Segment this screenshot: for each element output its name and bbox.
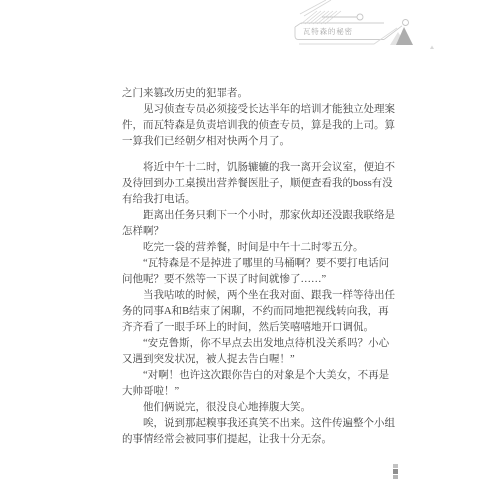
text-line: 将近中午十二时，饥肠辘辘的我一离开会议室，便迫不 <box>122 160 390 176</box>
text-line: 唉，说到那起糗事我还真笑不出来。这件传遍整个小组 <box>122 416 390 432</box>
text-line: 又遇到突发状况，被人捉去告白喔！” <box>122 352 390 368</box>
page-body-text: 之门来篡改历史的犯罪者。见习侦查专员必须接受长达半年的培训才能独立处理案件，而瓦… <box>122 86 390 448</box>
text-line: 怎样啊？ <box>122 224 390 240</box>
text-line: 距离出任务只剩下一个小时，那家伙却还没跟我联络是 <box>122 208 390 224</box>
text-line: 务的同事A和B结束了闲聊，不约而同地把视线转向我，再 <box>122 304 390 320</box>
text-line: 有给我打电话。 <box>122 192 390 208</box>
text-line: 一算我们已经朝夕相对快两个月了。 <box>122 134 390 150</box>
text-line: “瓦特森是不是掉进了哪里的马桶啊？要不要打电话问 <box>122 256 390 272</box>
paragraph-spacer <box>122 150 390 160</box>
book-page: 瓦特森的秘密 之门来篡改历史的犯罪者。见习侦查专员必须接受长达半年的培训才能独立… <box>0 0 500 500</box>
text-line: 之门来篡改历史的犯罪者。 <box>122 86 390 102</box>
text-line: 及待回到办工桌摸出营养餐医肚子，顺便查看我的boss有没 <box>122 176 390 192</box>
text-line: “对啊！也许这次跟你告白的对象是个大美女，不再是 <box>122 368 390 384</box>
triangle-decor-speck <box>430 46 434 50</box>
text-line: 的事情经常会被同事们提起，让我十分无奈。 <box>122 432 390 448</box>
text-line: 大帅哥啦！” <box>122 384 390 400</box>
page-edge-marker <box>393 464 398 479</box>
text-line: 问他呢？要不然等一下误了时间就惨了……” <box>122 272 390 288</box>
text-line: 他们俩说完，很没良心地捧腹大笑。 <box>122 400 390 416</box>
hatch-lines-decor <box>300 0 341 24</box>
text-line: 见习侦查专员必须接受长达半年的培训才能独立处理案 <box>122 102 390 118</box>
chapter-title: 瓦特森的秘密 <box>303 26 353 37</box>
text-line: “安克鲁斯，你不早点去出发地点待机没关系吗？小心 <box>122 336 390 352</box>
edge-marker-segment <box>393 469 398 474</box>
edge-marker-segment <box>393 464 398 468</box>
text-line: 当我咕哝的时候，两个坐在我对面、跟我一样等待出任 <box>122 288 390 304</box>
edge-marker-segment <box>393 475 398 479</box>
text-line: 吃完一袋的营养餐，时间是中午十二时零五分。 <box>122 240 390 256</box>
text-line: 件，而瓦特森是负责培训我的侦查专员，算是我的上司。算 <box>122 118 390 134</box>
text-line: 齐齐看了一眼手环上的时间，然后笑嘻嘻地开口调侃。 <box>122 320 390 336</box>
header-decor-graphic <box>0 0 500 64</box>
